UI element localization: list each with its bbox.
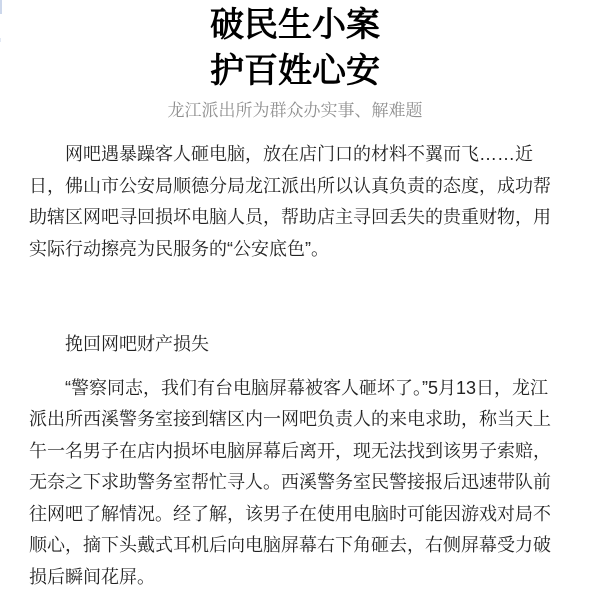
section-heading: 挽回网吧财产损失 [29,329,561,361]
left-edge-artifact [0,0,2,14]
article-title-line-2: 护百姓心安 [29,48,561,94]
article-page: 破民生小案 护百姓心安 龙江派出所为群众办实事、解难题 网吧遇暴躁客人砸电脑，放… [0,2,590,593]
article-title: 破民生小案 护百姓心安 [29,2,561,94]
article-subtitle: 龙江派出所为群众办实事、解难题 [29,98,561,124]
section-paragraph: “警察同志，我们有台电脑屏幕被客人砸坏了。”5月13日，龙江派出所西溪警务室接到… [29,373,561,594]
left-edge-artifact-dot [0,38,1,42]
article-title-line-1: 破民生小案 [29,2,561,48]
intro-paragraph: 网吧遇暴躁客人砸电脑，放在店门口的材料不翼而飞……近日，佛山市公安局顺德分局龙江… [29,139,561,265]
